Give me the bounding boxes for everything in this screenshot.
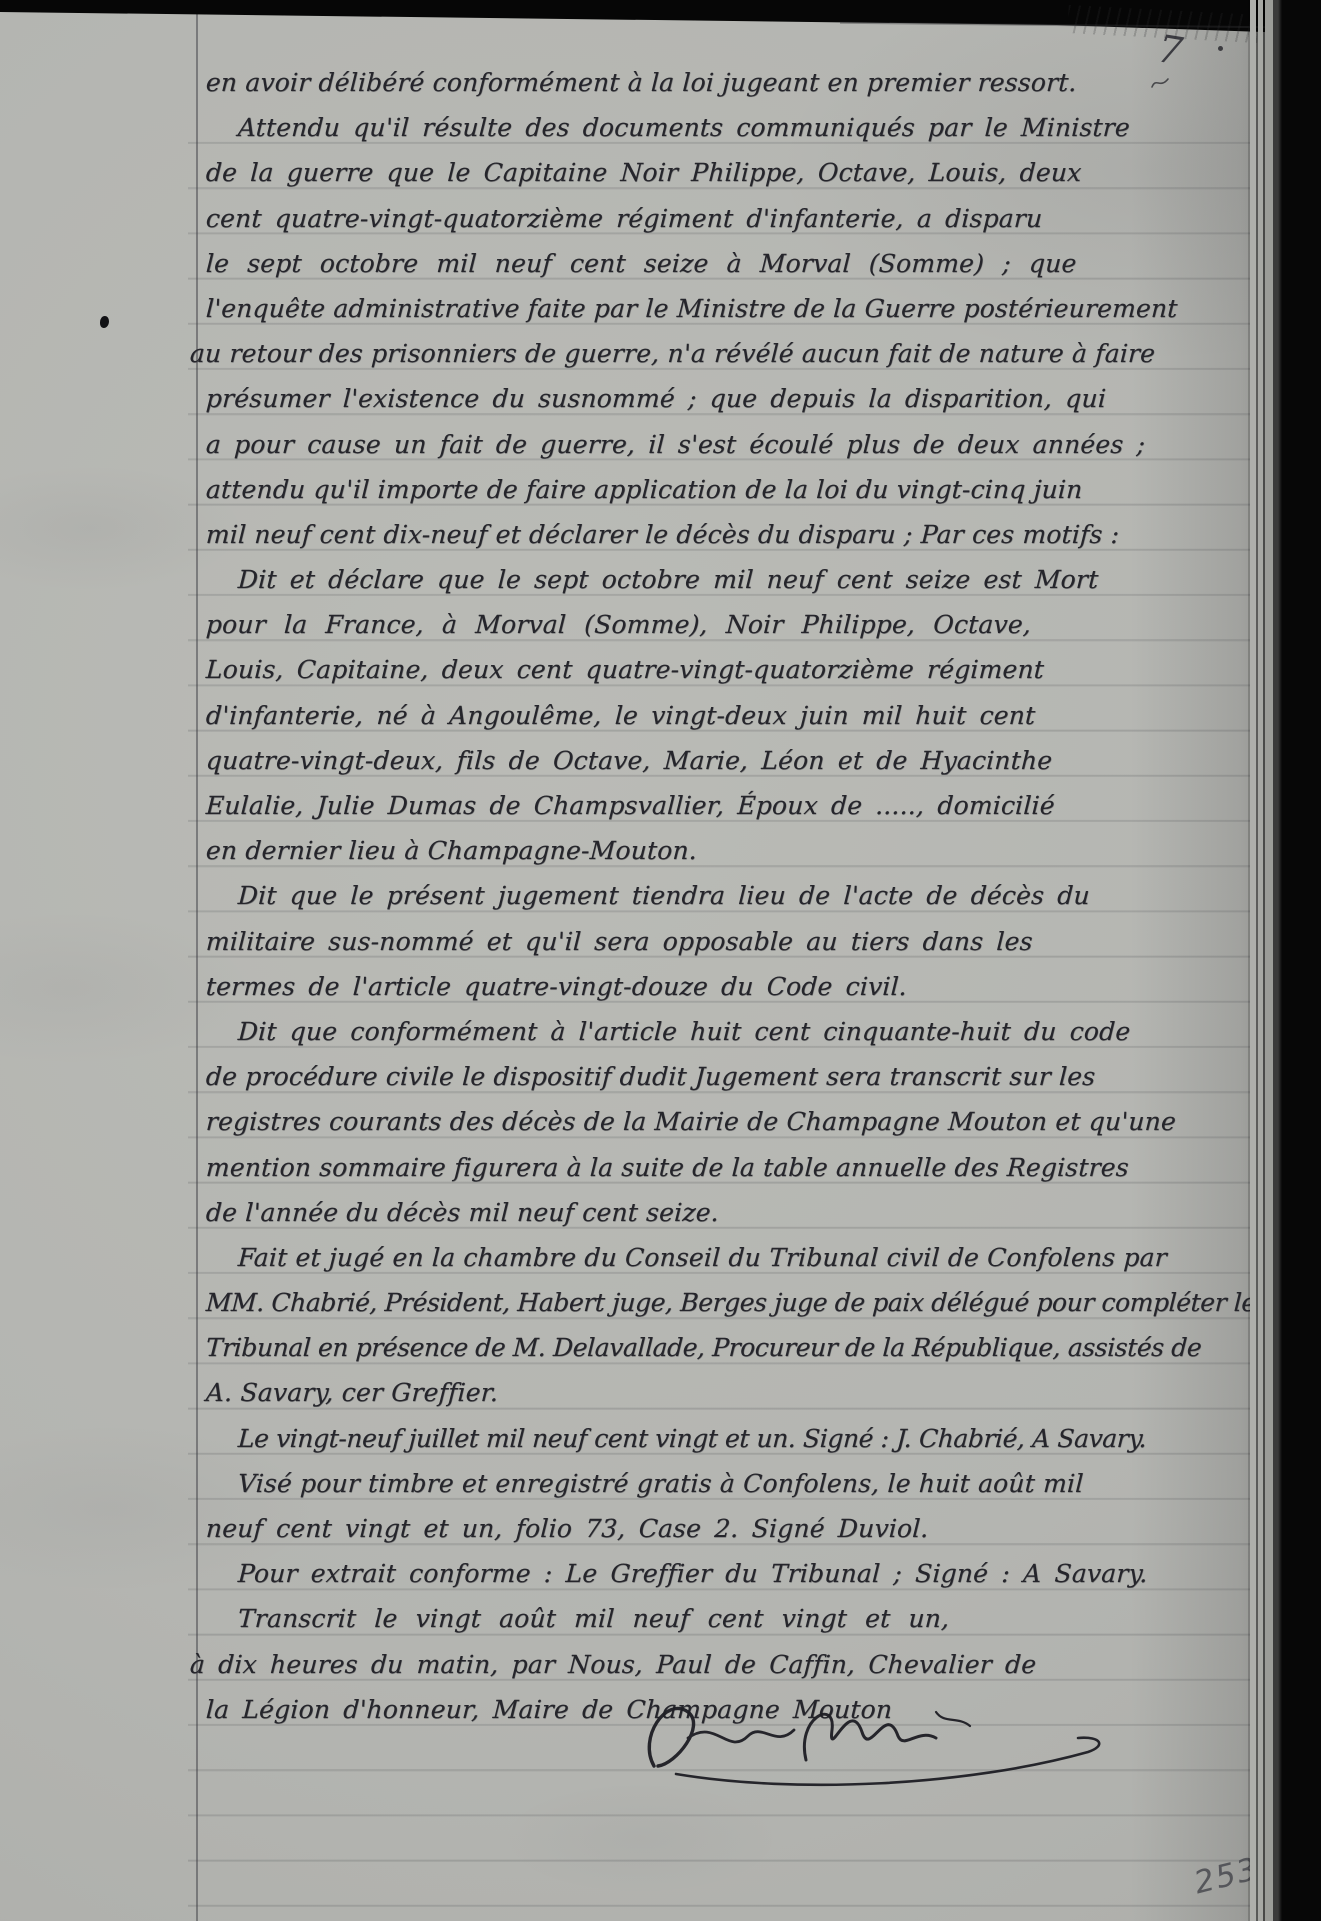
handwritten-line: Dit que conformément à l'article huit ce… bbox=[205, 1009, 1249, 1054]
handwritten-line: le sept octobre mil neuf cent seize à Mo… bbox=[205, 241, 1249, 286]
handwritten-line: Eulalie, Julie Dumas de Champsvallier, É… bbox=[205, 783, 1249, 828]
page-number-flourish-icon bbox=[1150, 74, 1172, 92]
margin-rule-line bbox=[196, 14, 198, 1921]
handwritten-line: attendu qu'il importe de faire applicati… bbox=[205, 467, 1249, 512]
handwritten-line: Visé pour timbre et enregistré gratis à … bbox=[205, 1461, 1249, 1506]
handwritten-line: en dernier lieu à Champagne-Mouton. bbox=[205, 828, 1249, 873]
handwritten-line: A. Savary, cer Greffier. bbox=[205, 1370, 1249, 1415]
handwriting-block: en avoir délibéré conformément à la loi … bbox=[206, 60, 1248, 1732]
handwritten-line: MM. Chabrié, Président, Habert juge, Ber… bbox=[205, 1280, 1249, 1325]
handwritten-line: mil neuf cent dix-neuf et déclarer le dé… bbox=[205, 512, 1249, 557]
handwritten-line: Attendu qu'il résulte des documents comm… bbox=[205, 105, 1249, 150]
handwritten-line: registres courants des décès de la Mairi… bbox=[205, 1099, 1249, 1144]
handwritten-line: Pour extrait conforme : Le Greffier du T… bbox=[205, 1551, 1249, 1596]
handwritten-line: Dit et déclare que le sept octobre mil n… bbox=[205, 557, 1249, 602]
handwritten-line: de la guerre que le Capitaine Noir Phili… bbox=[205, 150, 1249, 195]
handwritten-line: Le vingt-neuf juillet mil neuf cent ving… bbox=[205, 1416, 1249, 1461]
handwritten-line: mention sommaire figurera à la suite de … bbox=[205, 1145, 1249, 1190]
handwritten-line: en avoir délibéré conformément à la loi … bbox=[205, 60, 1249, 105]
handwritten-line: pour la France, à Morval (Somme), Noir P… bbox=[205, 602, 1249, 647]
handwritten-line: termes de l'article quatre-vingt-douze d… bbox=[205, 964, 1249, 1009]
handwritten-line: Dit que le présent jugement tiendra lieu… bbox=[205, 873, 1249, 918]
handwritten-line: présumer l'existence du susnommé ; que d… bbox=[205, 376, 1249, 421]
page-edge-stack bbox=[1248, 0, 1321, 1921]
handwritten-line: a pour cause un fait de guerre, il s'est… bbox=[205, 422, 1249, 467]
handwritten-line: Tribunal en présence de M. Delavallade, … bbox=[205, 1325, 1249, 1370]
handwritten-line: Fait et jugé en la chambre du Conseil du… bbox=[205, 1235, 1249, 1280]
handwritten-line: Louis, Capitaine, deux cent quatre-vingt… bbox=[205, 647, 1249, 692]
handwritten-line: cent quatre-vingt-quatorzième régiment d… bbox=[205, 196, 1249, 241]
handwritten-line: Transcrit le vingt août mil neuf cent vi… bbox=[205, 1596, 1249, 1641]
handwritten-line: quatre-vingt-deux, fils de Octave, Marie… bbox=[205, 738, 1249, 783]
ink-speck bbox=[1218, 46, 1223, 51]
handwritten-line: d'infanterie, né à Angoulême, le vingt-d… bbox=[205, 693, 1249, 738]
handwritten-line: militaire sus-nommé et qu'il sera opposa… bbox=[205, 919, 1249, 964]
handwritten-line: neuf cent vingt et un, folio 73, Case 2.… bbox=[205, 1506, 1249, 1551]
signature-flourish bbox=[636, 1678, 1116, 1798]
scanned-page: en avoir délibéré conformément à la loi … bbox=[0, 0, 1321, 1921]
handwritten-line: l'enquête administrative faite par le Mi… bbox=[205, 286, 1249, 331]
handwritten-line: de l'année du décès mil neuf cent seize. bbox=[205, 1190, 1249, 1235]
handwritten-line: au retour des prisonniers de guerre, n'a… bbox=[189, 331, 1249, 376]
handwritten-line: de procédure civile le dispositif dudit … bbox=[205, 1054, 1249, 1099]
